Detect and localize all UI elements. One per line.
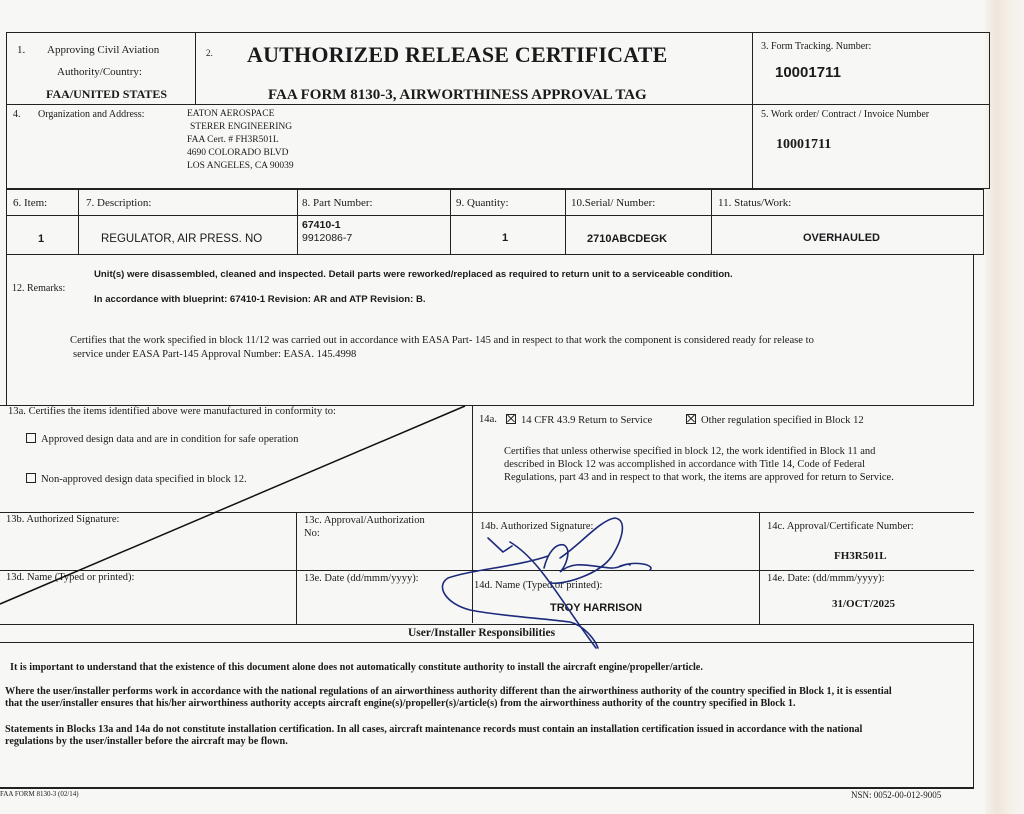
checkbox-non-approved-design[interactable] — [26, 473, 36, 483]
certificate-number-value: FH3R501L — [834, 550, 887, 563]
work-order-label: 5. Work order/ Contract / Invoice Number — [761, 109, 929, 121]
checkbox-14cfr-43-9[interactable] — [506, 414, 516, 424]
divider — [6, 255, 7, 405]
divider — [472, 405, 473, 623]
option-14cfr-label: 14 CFR 43.9 Return to Service — [521, 415, 652, 426]
block-13c-label-2: No: — [304, 528, 320, 540]
block-14a-label: 14a. — [479, 414, 497, 426]
responsibilities-title: User/Installer Responsibilities — [408, 627, 555, 640]
block-2-number: 2. — [206, 48, 213, 58]
responsibilities-p1: It is important to understand that the e… — [10, 662, 960, 674]
remarks-label: 12. Remarks: — [12, 283, 65, 295]
address-line: STERER ENGINEERING — [190, 122, 292, 133]
option-approved-design-label: Approved design data and are in conditio… — [41, 434, 298, 445]
divider — [450, 189, 451, 255]
remarks-line-1: Unit(s) were disassembled, cleaned and i… — [94, 269, 733, 280]
header-part-number: 8. Part Number: — [302, 197, 373, 210]
divider — [565, 189, 566, 255]
option-non-approved-design[interactable]: Non-approved design data specified in bl… — [26, 473, 247, 486]
checkbox-other-regulation[interactable] — [686, 414, 696, 424]
block-13d-label: 13d. Name (Typed or printed): — [6, 572, 134, 584]
divider — [0, 624, 974, 625]
block-14e-label: 14e. Date: (dd/mmm/yyyy): — [767, 573, 885, 585]
responsibilities-p3: Statements in Blocks 13a and 14a do not … — [5, 724, 900, 748]
option-other-regulation-label: Other regulation specified in Block 12 — [701, 415, 864, 426]
authority-country-value: FAA/UNITED STATES — [46, 88, 167, 102]
divider — [78, 189, 79, 255]
block-1-label: Approving Civil Aviation — [47, 44, 159, 57]
part-number-secondary: 9912086-7 — [302, 232, 352, 244]
address-line: FAA Cert. # FH3R501L — [187, 135, 279, 146]
option-14cfr-43-9[interactable]: 14 CFR 43.9 Return to Service — [506, 414, 652, 427]
block-13e-label: 13e. Date (dd/mmm/yyyy): — [304, 573, 419, 585]
address-line: EATON AEROSPACE — [187, 109, 274, 120]
address-line: LOS ANGELES, CA 90039 — [187, 161, 294, 172]
option-other-regulation[interactable]: Other regulation specified in Block 12 — [686, 414, 864, 427]
divider — [0, 570, 974, 571]
divider — [0, 512, 974, 513]
certificate-page: 1. Approving Civil Aviation Authority/Co… — [0, 0, 1024, 814]
block-14a-text: Certifies that unless otherwise specifie… — [504, 445, 904, 484]
nsn-footer: NSN: 0052-00-012-9005 — [851, 790, 941, 800]
divider — [0, 642, 974, 643]
header-status: 11. Status/Work: — [718, 197, 791, 210]
item-quantity: 1 — [502, 232, 508, 245]
responsibilities-p2: Where the user/installer performs work i… — [5, 686, 900, 710]
option-non-approved-design-label: Non-approved design data specified in bl… — [41, 474, 247, 485]
tracking-number-label: 3. Form Tracking. Number: — [761, 41, 871, 53]
item-serial: 2710ABCDEGK — [587, 233, 667, 246]
tracking-number-value: 10001711 — [775, 64, 841, 81]
divider — [973, 255, 974, 405]
item-description: REGULATOR, AIR PRESS. NO — [101, 233, 262, 246]
header-quantity: 9. Quantity: — [456, 197, 509, 210]
remarks-line-2: In accordance with blueprint: 67410-1 Re… — [94, 294, 426, 305]
divider — [711, 189, 712, 255]
signatory-name: TROY HARRISON — [550, 602, 642, 615]
block-1-label-2: Authority/Country: — [57, 66, 142, 79]
form-number-footer: FAA FORM 8130-3 (02/14) — [0, 790, 79, 798]
block-13c-label: 13c. Approval/Authorization — [304, 515, 425, 527]
header-description: 7. Description: — [86, 197, 151, 210]
block-4-label: Organization and Address: — [38, 109, 144, 121]
address-line: 4690 COLORADO BLVD — [187, 148, 289, 159]
remarks-certification-2: service under EASA Part-145 Approval Num… — [73, 349, 356, 361]
divider — [759, 512, 760, 624]
remarks-certification: Certifies that the work specified in blo… — [70, 335, 814, 347]
item-status: OVERHAULED — [803, 232, 880, 245]
header-item: 6. Item: — [13, 197, 47, 210]
checkbox-approved-design[interactable] — [26, 433, 36, 443]
divider — [0, 787, 974, 789]
divider — [195, 32, 196, 105]
work-order-value: 10001711 — [776, 137, 831, 153]
divider — [296, 512, 297, 624]
form-subtitle: FAA FORM 8130-3, AIRWORTHINESS APPROVAL … — [268, 87, 647, 104]
option-approved-design[interactable]: Approved design data and are in conditio… — [26, 433, 298, 446]
item-number: 1 — [38, 233, 44, 246]
divider — [6, 215, 984, 216]
divider — [752, 32, 753, 189]
release-date: 31/OCT/2025 — [832, 598, 895, 611]
form-title: AUTHORIZED RELEASE CERTIFICATE — [247, 42, 667, 67]
divider — [297, 189, 298, 255]
block-14d-label: 14d. Name (Typed or printed): — [474, 580, 602, 592]
header-serial: 10.Serial/ Number: — [571, 197, 655, 210]
paper-edge — [985, 0, 1024, 814]
block-13b-label: 13b. Authorized Signature: — [6, 514, 119, 526]
block-13a-label: 13a. Certifies the items identified abov… — [8, 406, 336, 418]
divider — [973, 624, 974, 788]
block-4-number: 4. — [13, 109, 21, 121]
part-number-primary: 67410-1 — [302, 219, 341, 231]
block-14b-label: 14b. Authorized Signature: — [480, 521, 593, 533]
block-14c-label: 14c. Approval/Certificate Number: — [767, 521, 914, 533]
block-1-number: 1. — [17, 44, 25, 57]
